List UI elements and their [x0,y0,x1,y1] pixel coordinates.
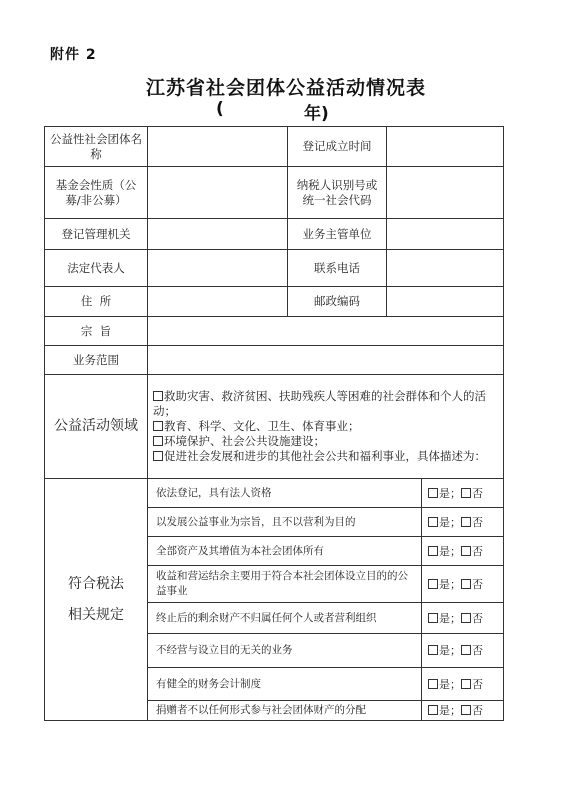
phone-label: 联系电话 [288,250,387,287]
yes-no-choice[interactable]: 是；否 [422,508,504,537]
compliance-label-line1: 符合税法 [49,569,143,600]
basic-info-table: 公益性社会团体名称 登记成立时间 基金会性质（公募/非公募） 纳税人识别号或统一… [44,126,504,479]
registration-date-field[interactable] [387,127,504,167]
table-row: 基金会性质（公募/非公募） 纳税人识别号或统一社会代码 [45,167,504,219]
yes-checkbox[interactable] [428,488,438,498]
org-name-label: 公益性社会团体名称 [45,127,148,167]
activity-option[interactable]: 环境保护、社会公共设施建设； [153,434,498,449]
activity-option[interactable]: 促进社会发展和进步的其他社会公共和福利事业，具体描述为： [153,449,498,464]
yes-no-choice[interactable]: 是；否 [422,603,504,634]
checkbox[interactable] [153,421,163,431]
requirement-text: 不经营与设立目的无关的业务 [148,634,422,668]
no-checkbox[interactable] [461,546,471,556]
page-title: 江苏省社会团体公益活动情况表 [0,73,564,100]
activity-field-options: 救助灾害、救济贫困、扶助残疾人等困难的社会群体和个人的活动； 教育、科学、文化、… [148,375,504,479]
yes-checkbox[interactable] [428,517,438,527]
requirement-text: 终止后的剩余财产不归属任何个人或者营利组织 [148,603,422,634]
postal-code-field[interactable] [387,287,504,317]
yes-no-choice[interactable]: 是；否 [422,634,504,668]
compliance-label: 符合税法 相关规定 [45,479,148,721]
activity-option[interactable]: 救助灾害、救济贫困、扶助残疾人等困难的社会群体和个人的活动； [153,389,498,419]
requirement-text: 有健全的财务会计制度 [148,668,422,701]
supervising-unit-label: 业务主管单位 [288,219,387,250]
yes-no-choice[interactable]: 是；否 [422,537,504,566]
checkbox[interactable] [153,451,163,461]
activity-field-label: 公益活动领域 [45,375,148,479]
yes-no-choice[interactable]: 是；否 [422,566,504,603]
supervising-unit-field[interactable] [387,219,504,250]
address-field[interactable] [148,287,288,317]
registration-authority-field[interactable] [148,219,288,250]
table-row: 业务范围 [45,346,504,375]
registration-authority-label: 登记管理机关 [45,219,148,250]
yes-checkbox[interactable] [428,613,438,623]
purpose-field[interactable] [148,317,504,346]
requirement-text: 全部资产及其增值为本社会团体所有 [148,537,422,566]
postal-code-label: 邮政编码 [288,287,387,317]
no-checkbox[interactable] [461,645,471,655]
registration-date-label: 登记成立时间 [288,127,387,167]
address-label: 住 所 [45,287,148,317]
legal-representative-field[interactable] [148,250,288,287]
requirement-text: 以发展公益事业为宗旨，且不以营利为目的 [148,508,422,537]
table-row: 公益性社会团体名称 登记成立时间 [45,127,504,167]
yes-no-choice[interactable]: 是；否 [422,701,504,721]
no-checkbox[interactable] [461,613,471,623]
activity-option[interactable]: 教育、科学、文化、卫生、体育事业； [153,419,498,434]
year-paren-open: ( [216,99,224,119]
purpose-label: 宗 旨 [45,317,148,346]
yes-no-choice[interactable]: 是；否 [422,668,504,701]
yes-checkbox[interactable] [428,546,438,556]
checkbox[interactable] [153,391,163,401]
compliance-table: 符合税法 相关规定 依法登记，具有法人资格 是；否 以发展公益事业为宗旨，且不以… [44,478,504,721]
table-row: 登记管理机关 业务主管单位 [45,219,504,250]
table-row: 符合税法 相关规定 依法登记，具有法人资格 是；否 [45,479,504,508]
legal-representative-label: 法定代表人 [45,250,148,287]
no-checkbox[interactable] [461,679,471,689]
compliance-label-line2: 相关规定 [49,600,143,631]
no-checkbox[interactable] [461,517,471,527]
scope-label: 业务范围 [45,346,148,375]
requirement-text: 依法登记，具有法人资格 [148,479,422,508]
yes-checkbox[interactable] [428,679,438,689]
checkbox[interactable] [153,436,163,446]
scope-field[interactable] [148,346,504,375]
no-checkbox[interactable] [461,579,471,589]
yes-checkbox[interactable] [428,579,438,589]
org-name-field[interactable] [148,127,288,167]
foundation-type-label: 基金会性质（公募/非公募） [45,167,148,219]
table-row: 宗 旨 [45,317,504,346]
requirement-text: 捐赠者不以任何形式参与社会团体财产的分配 [148,701,422,721]
no-checkbox[interactable] [461,488,471,498]
table-row: 住 所 邮政编码 [45,287,504,317]
table-row: 公益活动领域 救助灾害、救济贫困、扶助残疾人等困难的社会群体和个人的活动； 教育… [45,375,504,479]
no-checkbox[interactable] [461,705,471,715]
yes-checkbox[interactable] [428,645,438,655]
year-label: 年) [304,99,329,124]
tax-id-field[interactable] [387,167,504,219]
requirement-text: 收益和营运结余主要用于符合本社会团体设立目的的公益事业 [148,566,422,603]
table-row: 法定代表人 联系电话 [45,250,504,287]
yes-no-choice[interactable]: 是；否 [422,479,504,508]
attachment-label: 附件 2 [50,44,97,64]
phone-field[interactable] [387,250,504,287]
tax-id-label: 纳税人识别号或统一社会代码 [288,167,387,219]
foundation-type-field[interactable] [148,167,288,219]
yes-checkbox[interactable] [428,705,438,715]
